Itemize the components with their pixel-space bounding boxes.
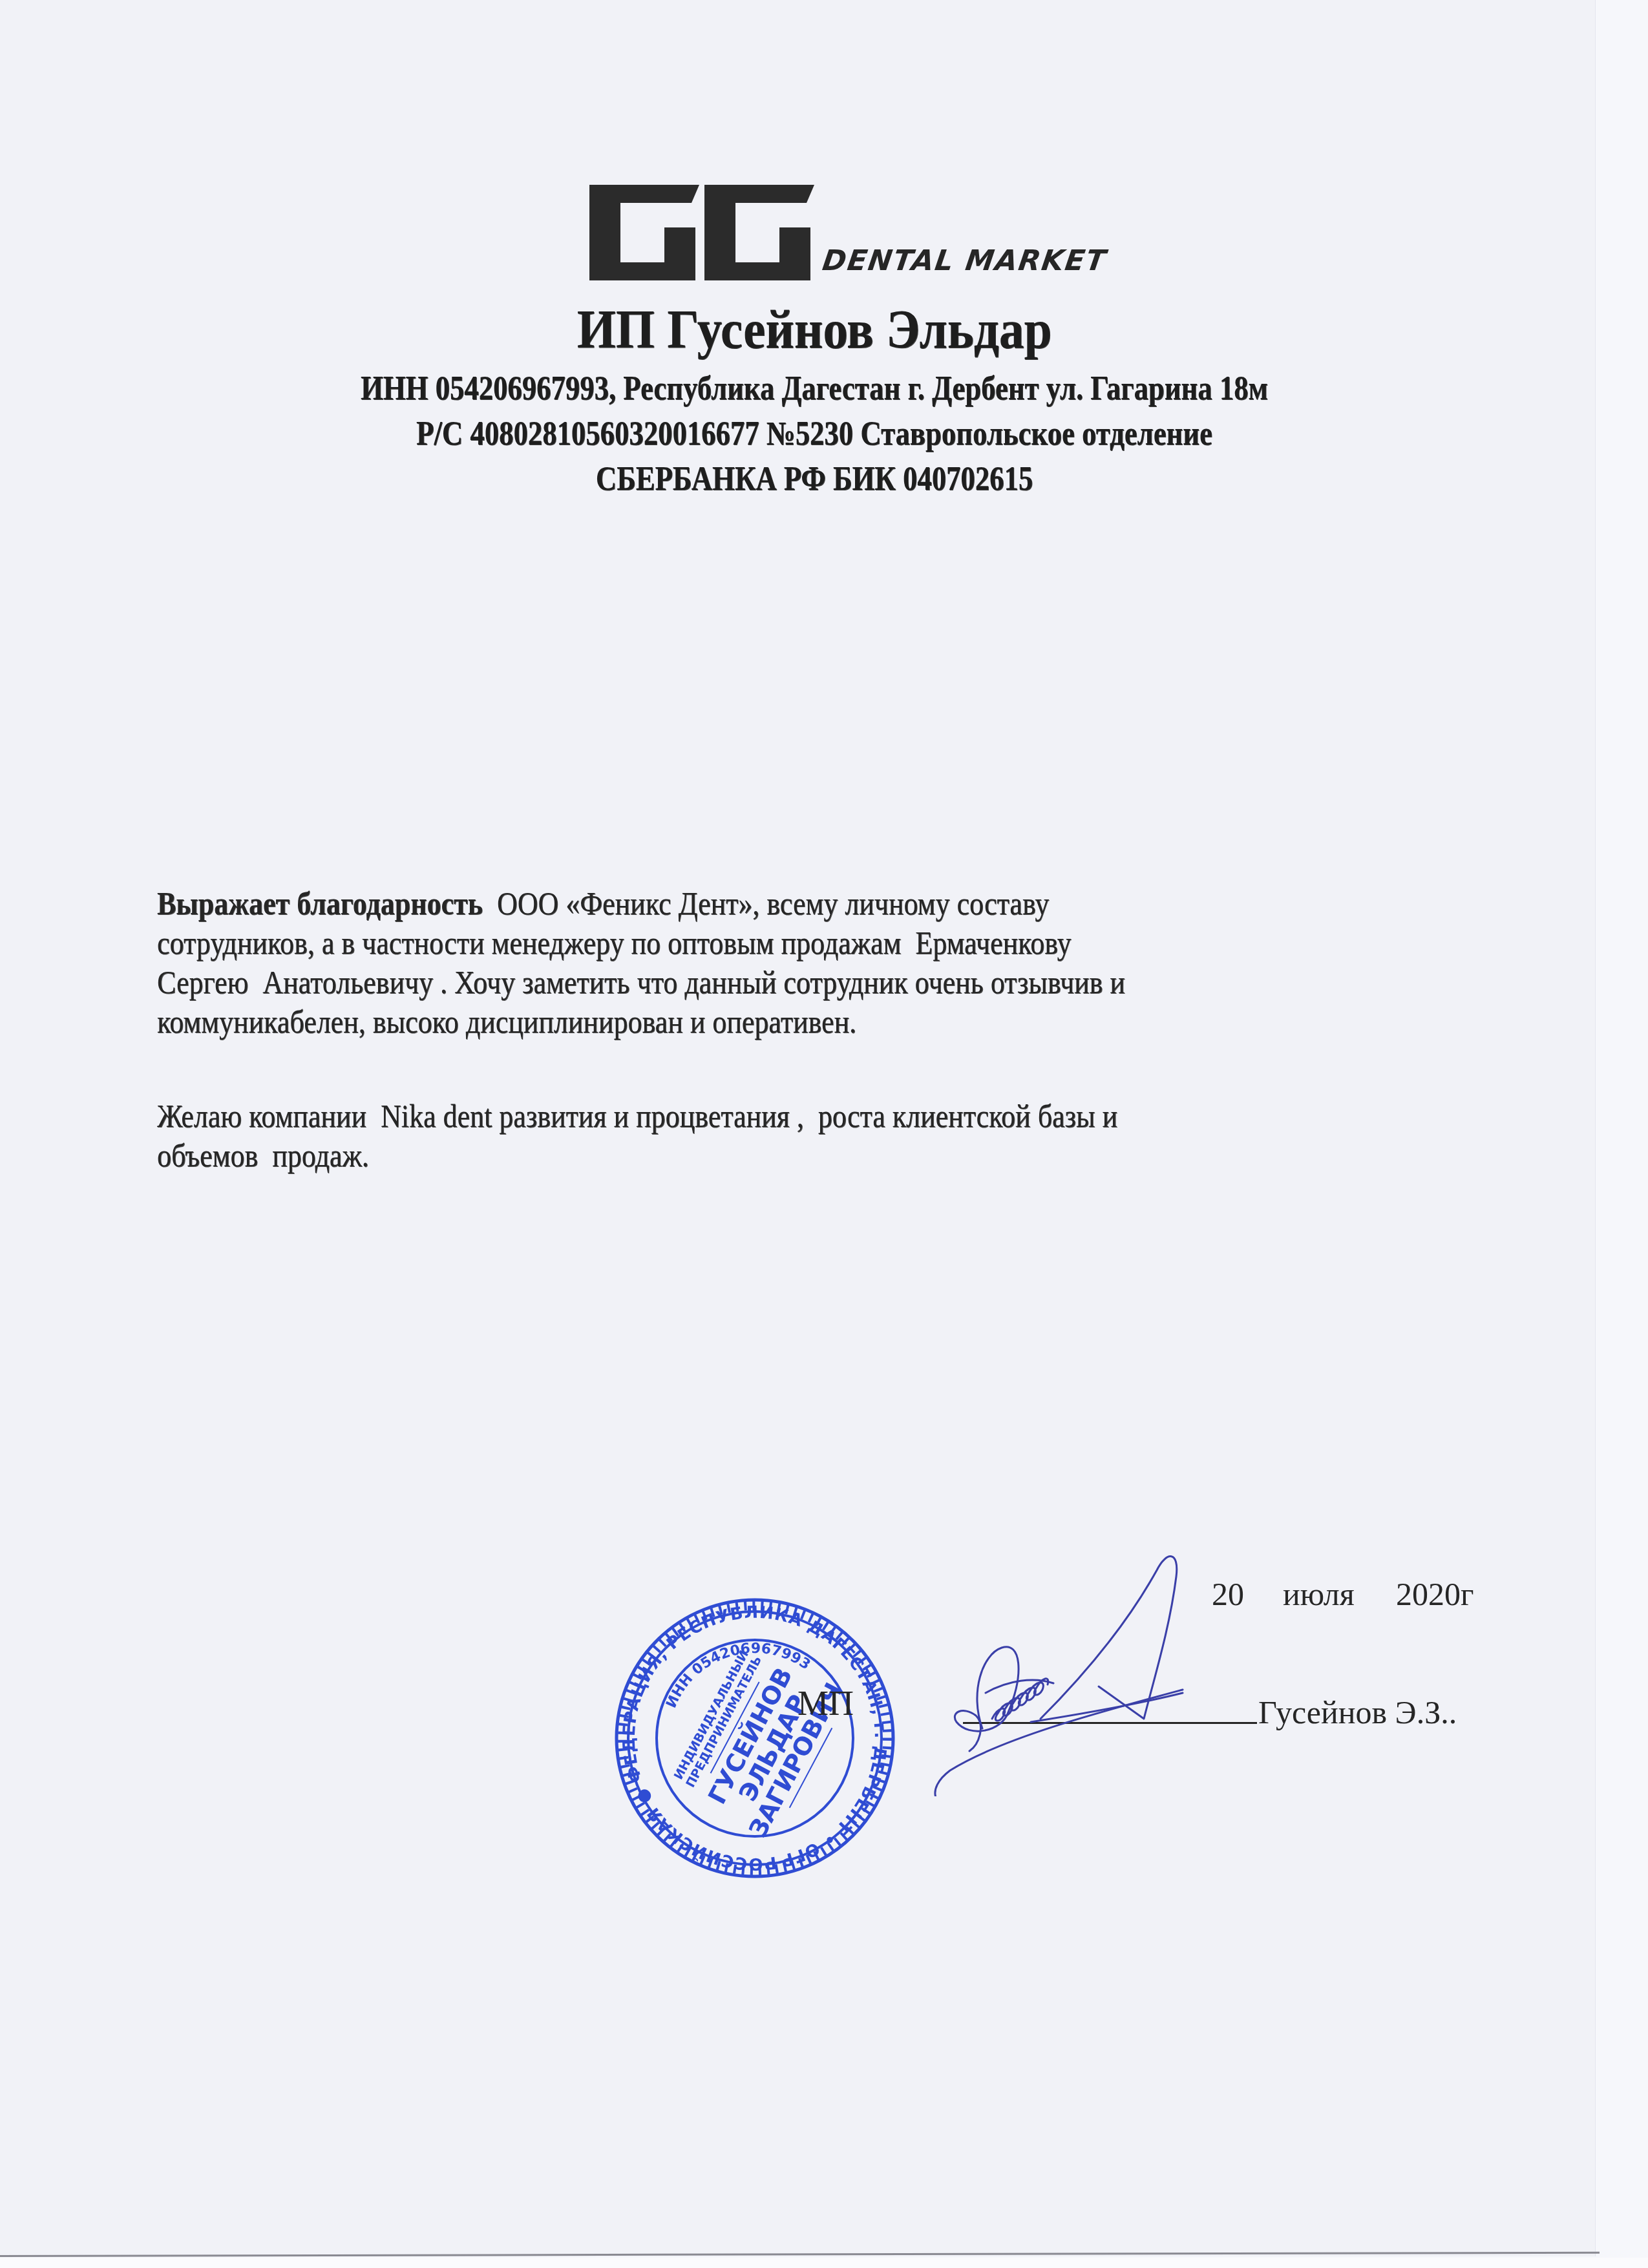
company-bank-bik: СБЕРБАНКА РФ БИК 040702615	[114, 460, 1514, 498]
date-month: июля	[1283, 1575, 1355, 1613]
gratitude-lead: Выражает благодарность	[157, 885, 483, 921]
wishes-line-1: Желаю компании Nika dent развития и проц…	[157, 1097, 1351, 1136]
company-bank-account: Р/С 40802810560320016677 №5230 Ставропол…	[114, 415, 1514, 453]
handwritten-signature	[931, 1525, 1267, 1796]
gratitude-line-1: Выражает благодарность ООО «Феникс Дент»…	[157, 884, 1351, 923]
signatory-name: Гусейнов Э.З..	[1258, 1694, 1457, 1731]
gratitude-line-2: сотрудников, а в частности менеджеру по …	[157, 923, 1351, 963]
date-year: 2020г	[1396, 1575, 1474, 1613]
company-name-title: ИП Гусейнов Эльдар	[65, 299, 1563, 361]
gg-logo-mark-icon	[588, 184, 821, 282]
company-inn-address: ИНН 054206967993, Республика Дагестан г.…	[114, 370, 1514, 408]
gratitude-paragraph: Выражает благодарность ООО «Феникс Дент»…	[157, 884, 1351, 1042]
gratitude-line-4: коммуникабелен, высоко дисциплинирован и…	[157, 1002, 1351, 1042]
wishes-line-2: объемов продаж.	[157, 1136, 1351, 1175]
company-seal-stamp: РОССИЙСКАЯ ● ФЕДЕРАЦИЯ, РЕСПУБЛИКА ДАГЕС…	[613, 1596, 897, 1880]
gratitude-line-3: Сергею Анатольевичу . Хочу заметить что …	[157, 963, 1351, 1002]
wishes-paragraph: Желаю компании Nika dent развития и проц…	[157, 1097, 1351, 1175]
gratitude-line-1-rest: ООО «Феникс Дент», всему личному составу	[483, 885, 1049, 921]
logo-tagline: DENTAL MARKET	[820, 244, 1108, 277]
round-seal-icon: РОССИЙСКАЯ ● ФЕДЕРАЦИЯ, РЕСПУБЛИКА ДАГЕС…	[613, 1596, 897, 1880]
mp-seal-place-label: МП	[798, 1683, 854, 1723]
scanner-bed-margin	[0, 2258, 1648, 2268]
signature-scribble-icon	[931, 1525, 1267, 1796]
